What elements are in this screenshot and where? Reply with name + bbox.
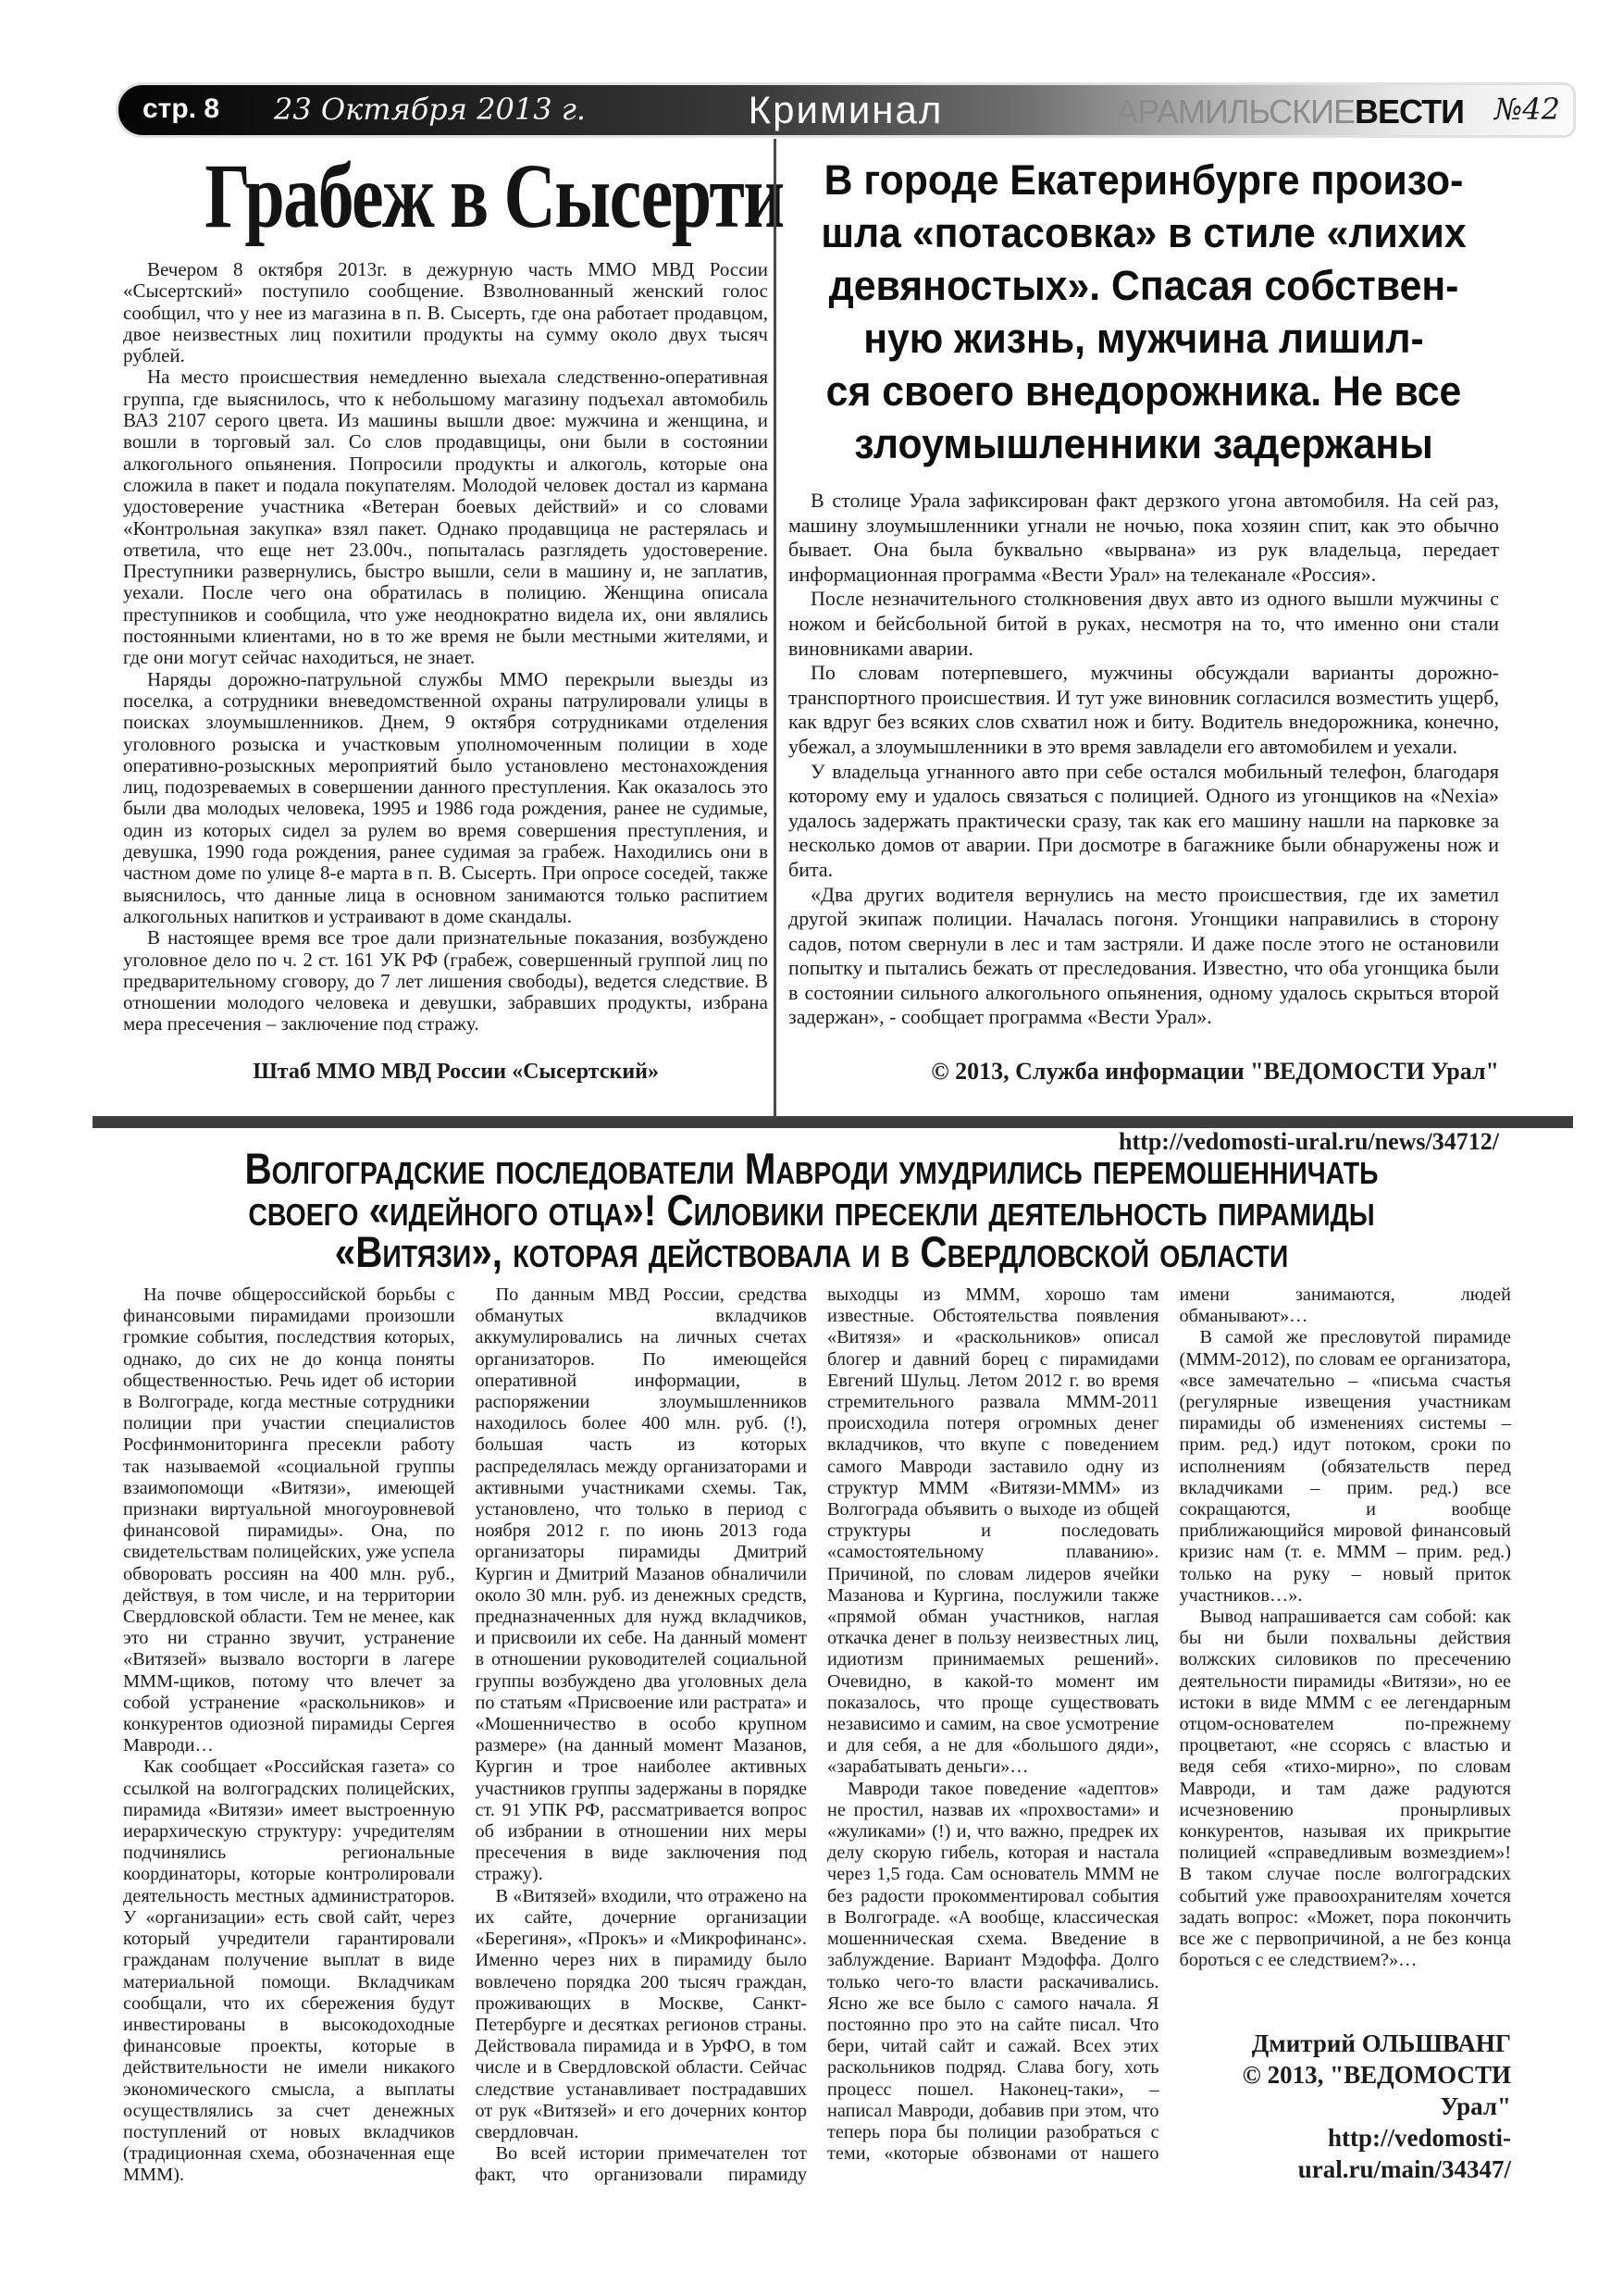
masthead-bar: стр. 8 23 Октября 2013 г. Криминал АРАМИ… <box>118 85 1573 135</box>
article-body: Вечером 8 октября 2013г. в дежурную част… <box>123 259 768 1036</box>
paragraph: У владельца угнанного авто при себе оста… <box>788 760 1499 883</box>
paragraph: Как сообщает «Российская газета» со ссыл… <box>123 1756 455 2186</box>
headline-line: Волгоградские последователи Мавроди умуд… <box>191 1148 1432 1189</box>
article-byline: Штаб ММО МВД России «Сысертский» <box>123 1060 768 1085</box>
paragraph: В столице Урала зафиксирован факт дерзко… <box>788 489 1499 587</box>
author-name: Дмитрий ОЛЬШВАНГ <box>1180 2028 1512 2059</box>
paragraph: Вечером 8 октября 2013г. в дежурную част… <box>123 259 768 366</box>
paragraph: «Два других водителя вернулись на место … <box>788 883 1499 1031</box>
paragraph: Вывод напрашивается сам собой: как бы ни… <box>1180 1607 1512 1971</box>
section-title: Криминал <box>749 88 944 132</box>
headline-line: девяностых». Спасая собствен- <box>806 259 1481 312</box>
article-headline: В городе Екатеринбурге произо- шла «пота… <box>788 154 1499 470</box>
paragraph: По словам потерпевшего, мужчины обсуждал… <box>788 661 1499 759</box>
headline-line: ную жизнь, мужчина лишил- <box>806 312 1481 365</box>
newspaper-brand: АРАМИЛЬСКИЕВЕСТИ <box>1116 93 1464 131</box>
headline-line: «Витязи», которая действовала и в Свердл… <box>191 1231 1432 1272</box>
paragraph: Наряды дорожно-патрульной службы ММО пер… <box>123 669 768 928</box>
brand-part-gray: АРАМИЛЬСКИЕ <box>1116 93 1355 130</box>
article-body: В столице Урала зафиксирован факт дерзко… <box>788 489 1499 1030</box>
article-title: Грабеж в Сысерти <box>123 146 768 246</box>
section-separator-bar <box>93 1116 1573 1128</box>
brand-part-black: ВЕСТИ <box>1355 93 1464 130</box>
issue-number: №42 <box>1494 92 1560 127</box>
paragraph: В «Витязей» входили, что отражено на их … <box>476 1886 808 2143</box>
news-agency-credit: © 2013, "ВЕДОМОСТИ Урал" <box>1180 2059 1512 2122</box>
paragraph: В настоящее время все трое дали признате… <box>123 927 768 1035</box>
column-divider-line <box>774 139 776 1118</box>
article-ekaterinburg-carjacking: В городе Екатеринбурге произо- шла «пота… <box>788 154 1499 1156</box>
headline-line: шла «потасовка» в стиле «лихих <box>806 206 1481 259</box>
article-sysert-robbery: Грабеж в Сысерти Вечером 8 октября 2013г… <box>123 146 768 1085</box>
paragraph: После незначительного столкновения двух … <box>788 587 1499 661</box>
issue-date: 23 Октября 2013 г. <box>274 92 586 127</box>
paragraph: По данным МВД России, средства обманутых… <box>476 1285 808 1886</box>
headline-line: злоумышленники задержаны <box>806 417 1481 470</box>
headline-line: В городе Екатеринбурге произо- <box>806 154 1481 206</box>
paragraph: В самой же пресловутой пирамиде (МММ-201… <box>1180 1327 1512 1607</box>
newspaper-page: стр. 8 23 Октября 2013 г. Криминал АРАМИ… <box>0 0 1623 2296</box>
paragraph: На место происшествия немедленно выехала… <box>123 366 768 668</box>
source-url: http://vedomosti-ural.ru/main/34347/ <box>1180 2122 1512 2185</box>
paragraph: На почве общероссийской борьбы с финансо… <box>123 1285 455 1756</box>
headline-line: своего «идейного отца»! Силовики пресекл… <box>191 1189 1432 1231</box>
headline-line: ся своего внедорожника. Не все <box>806 365 1481 417</box>
news-agency-credit: © 2013, Служба информации "ВЕДОМОСТИ Ура… <box>788 1058 1499 1086</box>
page-number-label: стр. 8 <box>142 93 219 125</box>
article-credits: Дмитрий ОЛЬШВАНГ © 2013, "ВЕДОМОСТИ Урал… <box>1180 2028 1512 2185</box>
article-pyramid-body: На почве общероссийской борьбы с финансо… <box>123 1285 1511 2256</box>
article-pyramid-headline: Волгоградские последователи Мавроди умуд… <box>90 1148 1533 1272</box>
